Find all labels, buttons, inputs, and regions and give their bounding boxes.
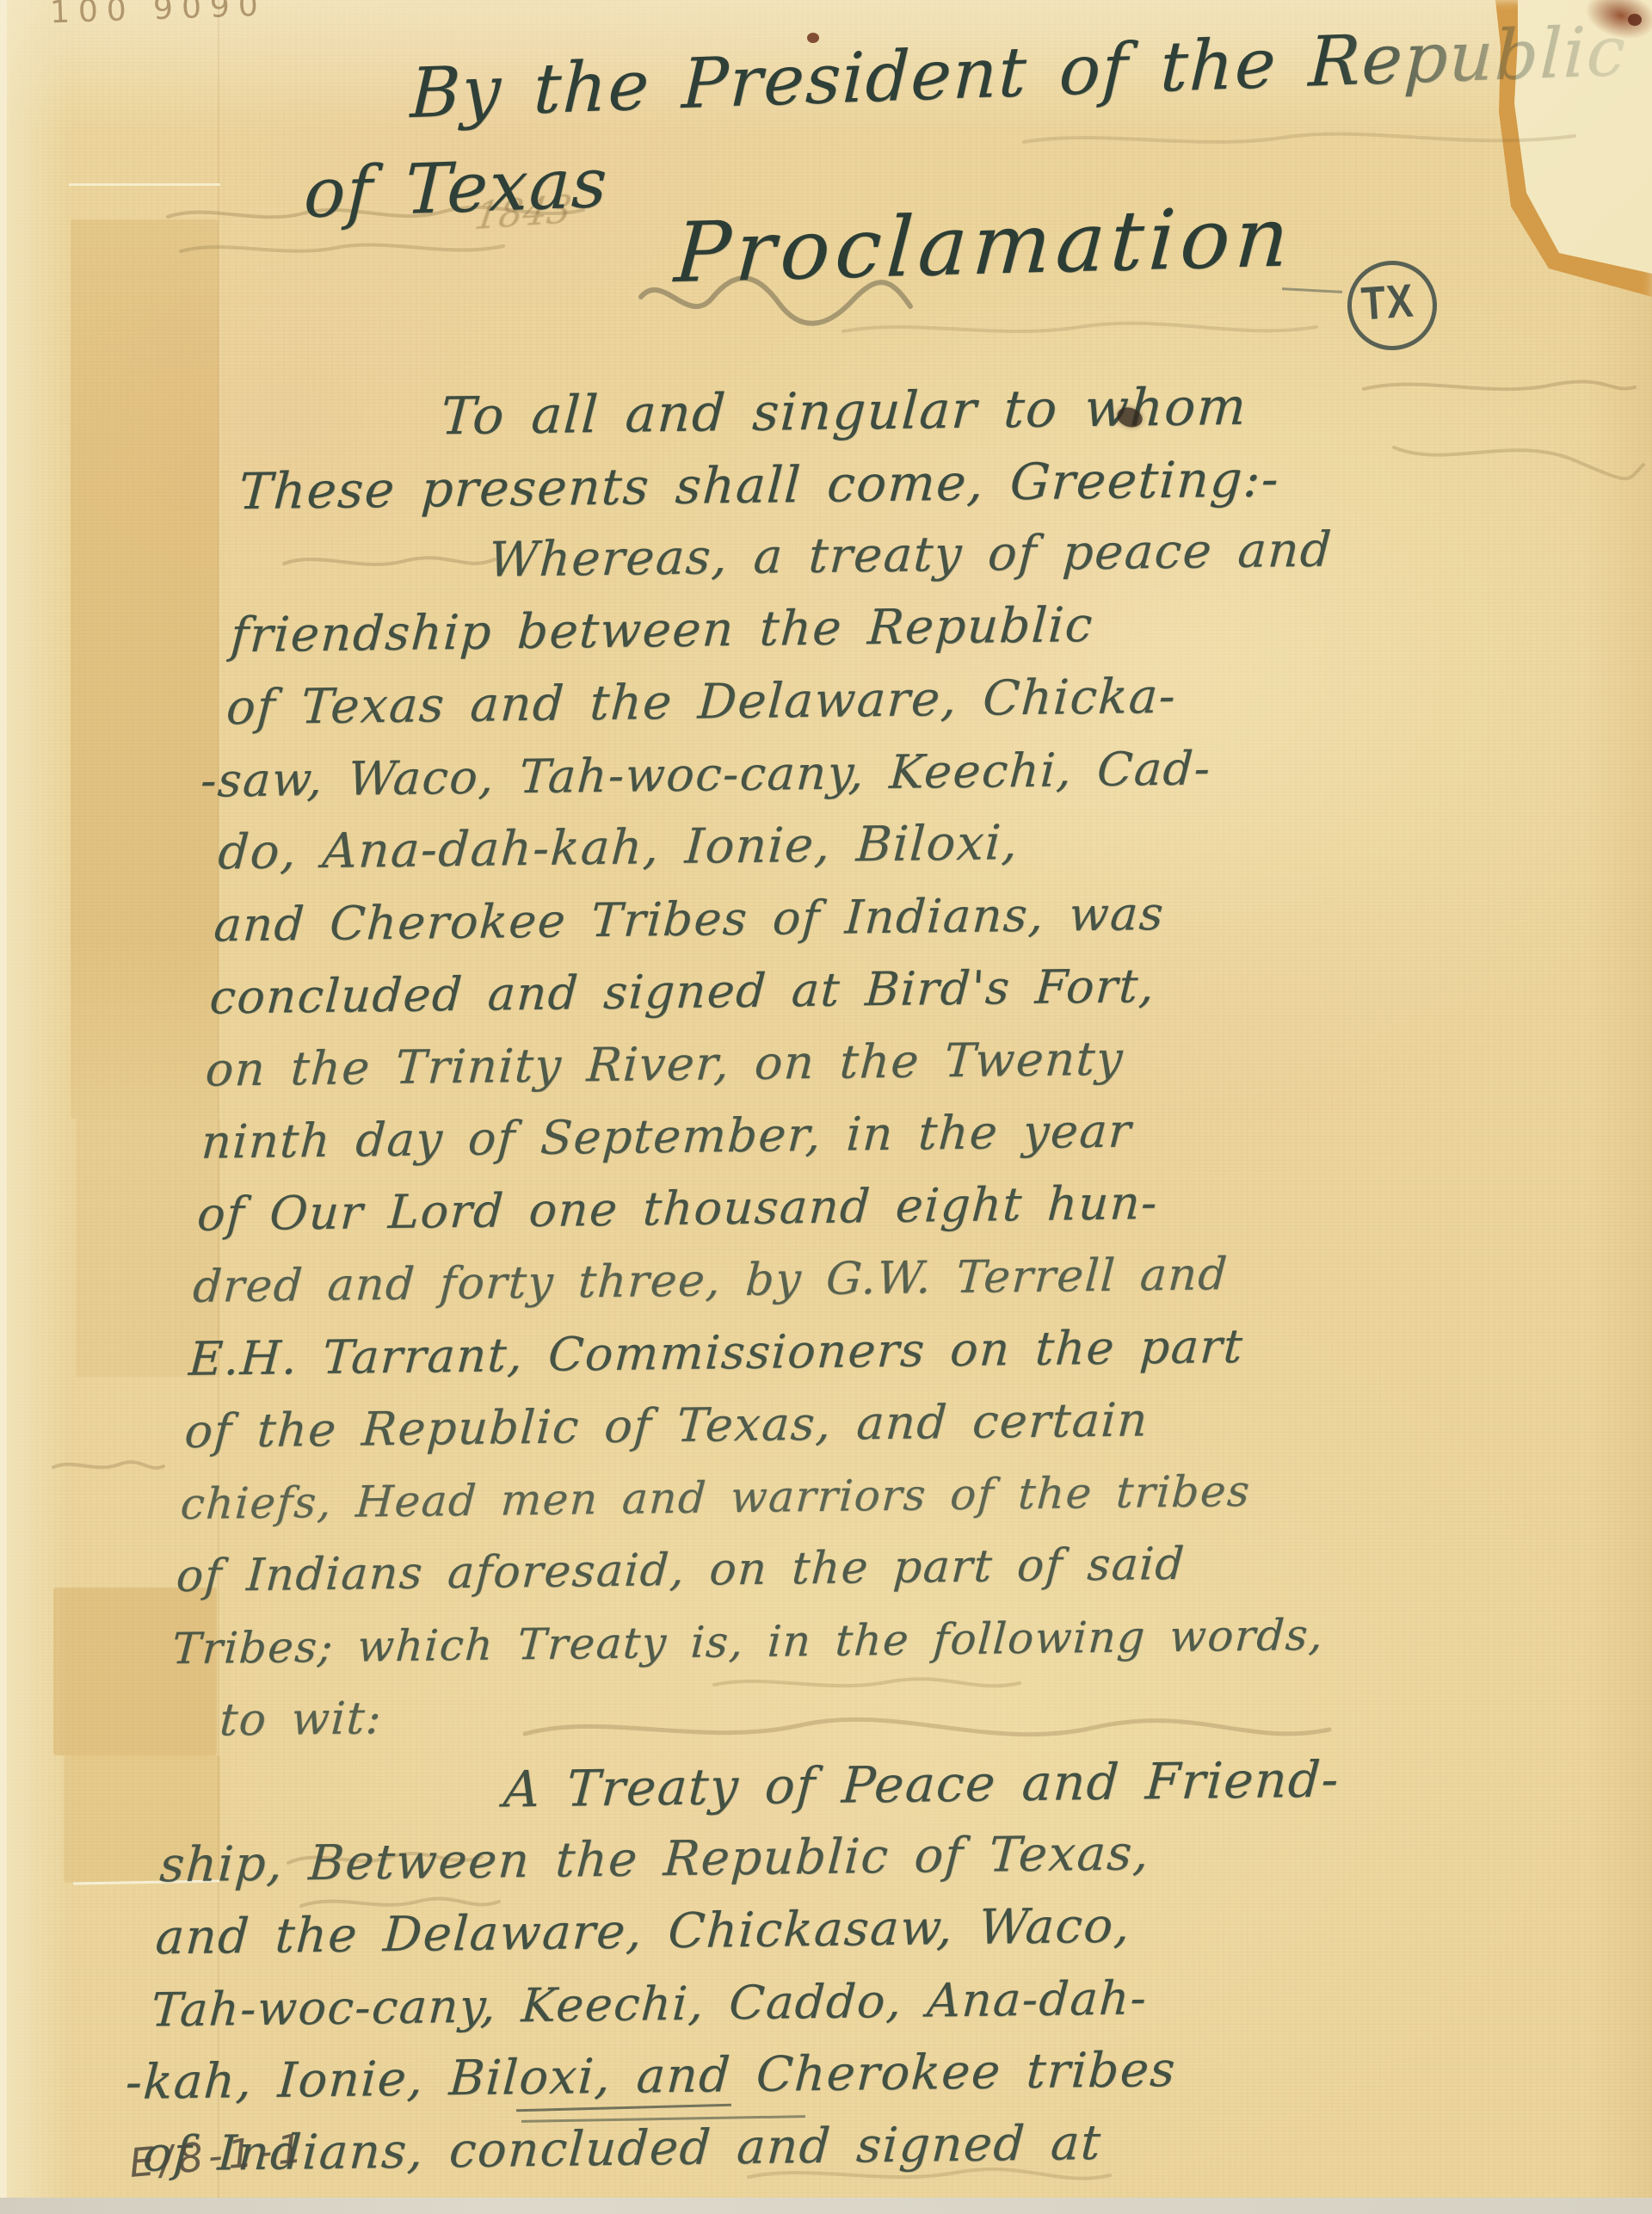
heading-of-texas: of Texas bbox=[303, 143, 610, 234]
manuscript-line-text: A Treaty of Peace and Friend- bbox=[502, 1750, 1341, 1819]
manuscript-line: Whereas, a treaty of peace and bbox=[486, 510, 1648, 596]
left-binding-strip bbox=[0, 0, 72, 2214]
manuscript-line-text: of the Republic of Texas, and certain bbox=[183, 1392, 1150, 1459]
manuscript-line-text: ship, Between the Republic of Texas, bbox=[158, 1825, 1151, 1893]
manuscript-body: To all and singular to whom These presen… bbox=[141, 366, 1652, 2192]
tx-stamp: TX bbox=[1344, 257, 1439, 353]
stray-ink-line bbox=[1282, 287, 1342, 293]
scan-edge-left bbox=[0, 0, 7, 2214]
manuscript-line-text: of Texas and the Delaware, Chicka- bbox=[225, 669, 1178, 737]
manuscript-line-text: of Indians aforesaid, on the part of sai… bbox=[175, 1539, 1187, 1602]
manuscript-line-text: to wit: bbox=[219, 1693, 384, 1746]
manuscript-line-text: These presents shall come, Greeting:- bbox=[237, 449, 1281, 521]
manuscript-line-text: Tribes; which Treaty is, in the followin… bbox=[171, 1610, 1326, 1674]
manuscript-line-text: chiefs, Head men and warriors of the tri… bbox=[179, 1466, 1252, 1529]
proclamation-title: Proclamation bbox=[672, 188, 1297, 301]
manuscript-line-text: E.H. Tarrant, Commissioners on the part bbox=[188, 1319, 1245, 1386]
manuscript-line-text: and Cherokee Tribes of Indians, was bbox=[213, 886, 1166, 953]
manuscript-line-text: do, Ana-dah-kah, Ionie, Biloxi, bbox=[217, 815, 1020, 880]
stain-speck bbox=[1628, 14, 1642, 26]
manuscript-line-text: concluded and signed at Bird's Fort, bbox=[208, 959, 1156, 1024]
heading-by-the-president: By the President of the Republic bbox=[409, 11, 1628, 134]
manuscript-line-text: of Our Lord one thousand eight hun- bbox=[195, 1175, 1159, 1242]
manuscript-page: 100 9090 1843 By the President of the Re… bbox=[0, 0, 1652, 2214]
manuscript-line-text: ninth day of September, in the year bbox=[200, 1103, 1133, 1169]
archival-number: 100 9090 bbox=[49, 0, 267, 30]
manuscript-line-text: Tah-woc-cany, Keechi, Caddo, Ana-dah- bbox=[150, 1970, 1149, 2037]
manuscript-line-text: Whereas, a treaty of peace and bbox=[487, 522, 1334, 589]
scan-edge-bottom bbox=[0, 2198, 1652, 2214]
manuscript-line: A Treaty of Peace and Friend- bbox=[502, 1740, 1577, 1825]
tx-stamp-label: TX bbox=[1359, 273, 1415, 331]
manuscript-line-text: on the Trinity River, on the Twenty bbox=[204, 1032, 1125, 1097]
manuscript-line-text: and the Delaware, Chickasaw, Waco, bbox=[154, 1898, 1132, 1966]
manuscript-line-text: dred and forty three, by G.W. Terrell an… bbox=[192, 1249, 1230, 1313]
tape-edge-highlight bbox=[69, 183, 220, 186]
ink-speck bbox=[807, 33, 819, 43]
manuscript-line-text: -saw, Waco, Tah-woc-cany, Keechi, Cad- bbox=[200, 741, 1213, 807]
manuscript-line-text: -kah, Ionie, Biloxi, and Cherokee tribes bbox=[124, 2042, 1177, 2111]
tape-patch bbox=[71, 219, 219, 1119]
manuscript-line-text: friendship between the Republic bbox=[229, 597, 1094, 663]
